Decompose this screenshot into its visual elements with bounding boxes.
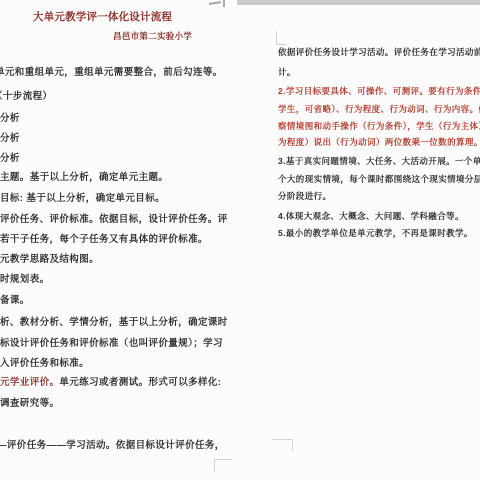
text-segment: 依据评价任务设计学习活动。评价任务在学习活动前面， [278, 47, 480, 57]
doc-line: 2.学习目标要具体、可操作、可测评。要有行为条件、行 [278, 85, 480, 97]
doc-line: 个大的现实情境，每个课时都围绕这个现实情境分层次， [278, 173, 480, 185]
doc-line: 依据评价任务设计学习活动。评价任务在学习活动前面， [278, 46, 480, 58]
text-segment: 为程度）说出（行为动词）两位数乘一位数的算理。（行 [278, 137, 480, 147]
text-segment: 计。 [278, 67, 296, 77]
text-segment: 5.最小的教学单位是单元教学，不再是课时教学。 [278, 228, 473, 238]
text-segment: 2.学习目标要具体、可操作、可测评。要有行为条件、行 [278, 86, 480, 96]
doc-line: 察情境图和动手操作（行为条件），学生（行为主体）（行 [278, 120, 480, 132]
doc-line: 4.体现大观念、大概念、大问题、学科融合等。 [278, 210, 464, 222]
text-segment: 个大的现实情境，每个课时都围绕这个现实情境分层次， [278, 174, 480, 184]
doc-line: 5.最小的教学单位是单元教学，不再是课时教学。 [278, 227, 473, 239]
document-photo-page: 大单元教学评一体化设计流程 昌邑市第二实验小学 单元和重组单元，重组单元需要整合… [0, 0, 480, 480]
right-text-column: 依据评价任务设计学习活动。评价任务在学习活动前面，计。2.学习目标要具体、可操作… [0, 0, 480, 480]
doc-line: 分阶段进行。 [278, 190, 331, 202]
text-segment: 分阶段进行。 [278, 191, 331, 201]
text-segment: 3.基于真实问题情境、大任务、大活动开展。一个单元可 [278, 156, 480, 166]
doc-line: 学生，可省略）、行为程度、行为动词、行为内容。例如 [278, 103, 480, 115]
text-segment: 学生，可省略）、行为程度、行为动词、行为内容。例如 [278, 104, 480, 114]
text-segment: 4.体现大观念、大概念、大问题、学科融合等。 [278, 211, 464, 221]
text-segment: 察情境图和动手操作（行为条件），学生（行为主体）（行 [278, 121, 480, 131]
doc-line: 3.基于真实问题情境、大任务、大活动开展。一个单元可 [278, 155, 480, 167]
doc-line: 计。 [278, 66, 296, 78]
doc-line: 为程度）说出（行为动词）两位数乘一位数的算理。（行 [278, 136, 480, 148]
